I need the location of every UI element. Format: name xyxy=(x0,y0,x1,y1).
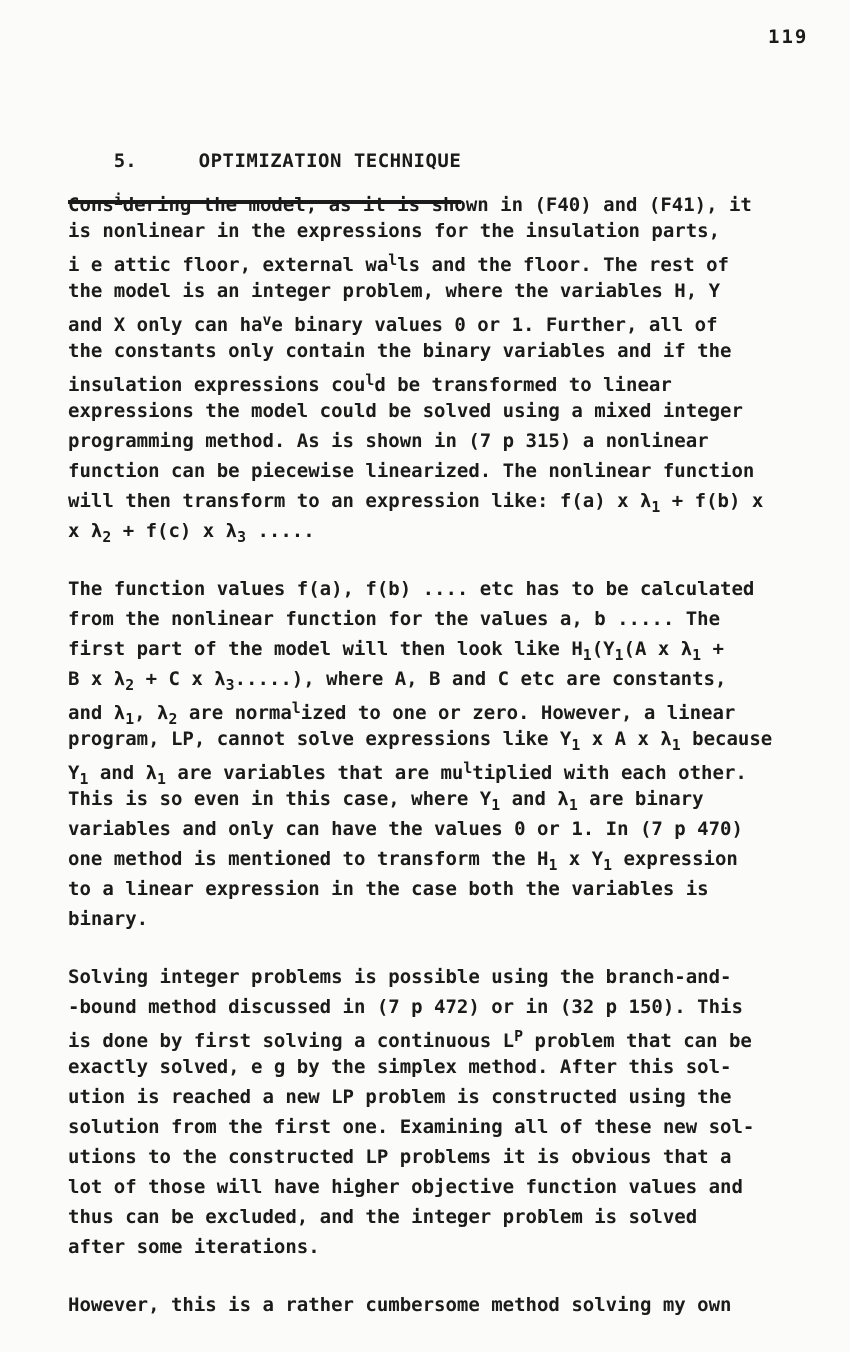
text-line: binary. xyxy=(68,904,782,934)
subscript: 3 xyxy=(226,677,235,694)
paragraph: Solving integer problems is possible usi… xyxy=(68,962,782,1262)
subscript: 2 xyxy=(102,529,111,546)
text-line: and λ1, λ2 are normalized to one or zero… xyxy=(68,694,782,724)
superscript: l xyxy=(463,760,472,777)
text-line: B x λ2 + C x λ3.....), where A, B and C … xyxy=(68,664,782,694)
text-line: from the nonlinear function for the valu… xyxy=(68,604,782,634)
subscript: 1 xyxy=(651,499,660,516)
text-line: ution is reached a new LP problem is con… xyxy=(68,1082,782,1112)
text-line: However, this is a rather cumbersome met… xyxy=(68,1290,782,1320)
text-line: is nonlinear in the expressions for the … xyxy=(68,216,782,246)
subscript: 1 xyxy=(569,797,578,814)
subscript: 1 xyxy=(615,647,624,664)
superscript: l xyxy=(365,372,374,389)
subscript: 1 xyxy=(692,647,701,664)
text-line: The function values f(a), f(b) .... etc … xyxy=(68,574,782,604)
superscript: l xyxy=(388,252,397,269)
superscript: l xyxy=(292,700,301,717)
text-line: program, LP, cannot solve expressions li… xyxy=(68,724,782,754)
subscript: 3 xyxy=(237,529,246,546)
text-line: and X only can have binary values 0 or 1… xyxy=(68,306,782,336)
text-line: This is so even in this case, where Y1 a… xyxy=(68,784,782,814)
text-line: thus can be excluded, and the integer pr… xyxy=(68,1202,782,1232)
text-line: programming method. As is shown in (7 p … xyxy=(68,426,782,456)
subscript: 1 xyxy=(571,737,580,754)
superscript: v xyxy=(262,312,271,329)
text-line: utions to the constructed LP problems it… xyxy=(68,1142,782,1172)
text-line: function can be piecewise linearized. Th… xyxy=(68,456,782,486)
text-line: is done by first solving a continuous LP… xyxy=(68,1022,782,1052)
subscript: 1 xyxy=(548,857,557,874)
paragraph: Considering the model, as it is shown in… xyxy=(68,186,782,546)
subscript: 1 xyxy=(583,647,592,664)
text-line: -bound method discussed in (7 p 472) or … xyxy=(68,992,782,1022)
superscript: P xyxy=(514,1028,523,1045)
text-line: variables and only can have the values 0… xyxy=(68,814,782,844)
text-line: one method is mentioned to transform the… xyxy=(68,844,782,874)
body-text: Considering the model, as it is shown in… xyxy=(68,186,782,1348)
subscript: 1 xyxy=(491,797,500,814)
text-line: the model is an integer problem, where t… xyxy=(68,276,782,306)
text-line: Y1 and λ1 are variables that are multipl… xyxy=(68,754,782,784)
subscript: 1 xyxy=(603,857,612,874)
text-line: after some iterations. xyxy=(68,1232,782,1262)
text-line: first part of the model will then look l… xyxy=(68,634,782,664)
text-line: x λ2 + f(c) x λ3 ..... xyxy=(68,516,782,546)
text-line: Solving integer problems is possible usi… xyxy=(68,962,782,992)
text-line: will then transform to an expression lik… xyxy=(68,486,782,516)
text-line: insulation expressions could be transfor… xyxy=(68,366,782,396)
text-line: to a linear expression in the case both … xyxy=(68,874,782,904)
text-line: exactly solved, e g by the simplex metho… xyxy=(68,1052,782,1082)
text-line: Considering the model, as it is shown in… xyxy=(68,186,782,216)
subscript: 2 xyxy=(125,677,134,694)
text-line: i e attic floor, external walls and the … xyxy=(68,246,782,276)
page-number: 119 xyxy=(768,26,808,48)
paragraph: The function values f(a), f(b) .... etc … xyxy=(68,574,782,934)
superscript: i xyxy=(114,192,123,209)
text-line: solution from the first one. Examining a… xyxy=(68,1112,782,1142)
subscript: 1 xyxy=(672,737,681,754)
section-number: 5. xyxy=(114,150,137,172)
document-page: 119 5.OPTIMIZATION TECHNIQUE Considering… xyxy=(0,0,850,1352)
text-line: expressions the model could be solved us… xyxy=(68,396,782,426)
paragraph: However, this is a rather cumbersome met… xyxy=(68,1290,782,1320)
text-line: the constants only contain the binary va… xyxy=(68,336,782,366)
section-title: OPTIMIZATION TECHNIQUE xyxy=(199,150,462,172)
text-line: lot of those will have higher objective … xyxy=(68,1172,782,1202)
